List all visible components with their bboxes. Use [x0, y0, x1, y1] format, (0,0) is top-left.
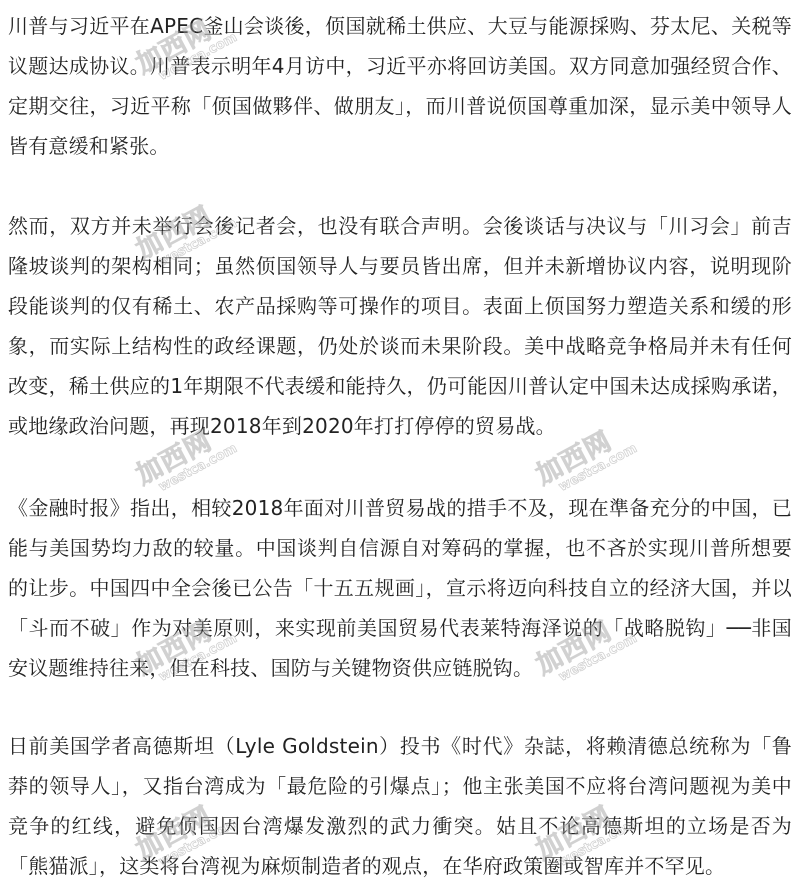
- paragraph-3: 《金融时报》指出，相较2018年面对川普贸易战的措手不及，现在準备充分的中国，已…: [8, 488, 792, 688]
- paragraph-4: 日前美国学者高德斯坦（Lyle Goldstein）投书《时代》杂誌，将赖清德总…: [8, 726, 792, 886]
- paragraph-1: 川普与习近平在APEC釜山会谈後，㑔国就稀土供应、大豆与能源採购、芬太尼、关税等…: [8, 6, 792, 166]
- paragraph-2: 然而，双方并未举行会後记者会，也没有联合声明。会後谈话与决议与「川习会」前吉隆坡…: [8, 206, 792, 446]
